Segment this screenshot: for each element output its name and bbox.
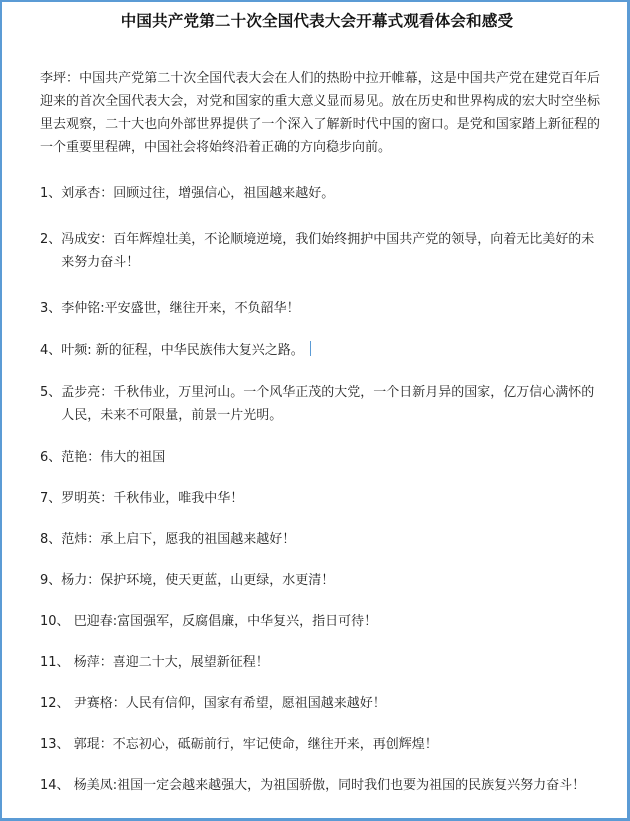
list-item-11: 11、 杨萍：喜迎二十大，展望新征程！	[40, 651, 600, 674]
item-text: 尹赛格：人民有信仰，国家有希望，愿祖国越来越好！	[74, 692, 600, 715]
item-number: 2、	[40, 228, 61, 274]
intro-paragraph: 李坪：中国共产党第二十次全国代表大会在人们的热盼中拉开帷幕，这是中国共产党在建党…	[40, 67, 600, 159]
list-item-13: 13、 郭琨：不忘初心，砥砺前行，牢记使命，继往开来，再创辉煌！	[40, 733, 600, 756]
item-text-wrap: 叶频: 新的征程，中华民族伟大复兴之路。	[61, 339, 600, 362]
item-number: 4、	[40, 339, 61, 362]
item-number: 3、	[40, 297, 61, 320]
list-item-6: 6、 范艳：伟大的祖国	[40, 446, 600, 469]
item-number: 5、	[40, 381, 61, 427]
list-item-3: 3、 李仲铭:平安盛世，继往开来，不负韶华！	[40, 297, 600, 320]
list-item-2: 2、 冯成安：百年辉煌壮美，不论顺境逆境，我们始终拥护中国共产党的领导，向着无比…	[40, 228, 600, 274]
list-item-5: 5、 孟步亮：千秋伟业，万里河山。一个风华正茂的大党，一个日新月异的国家，亿万信…	[40, 381, 600, 427]
item-text: 郭琨：不忘初心，砥砺前行，牢记使命，继往开来，再创辉煌！	[74, 733, 600, 756]
list-item-7: 7、 罗明英：千秋伟业，唯我中华！	[40, 487, 600, 510]
text-cursor	[310, 341, 311, 356]
item-text: 孟步亮：千秋伟业，万里河山。一个风华正茂的大党，一个日新月异的国家，亿万信心满怀…	[61, 381, 600, 427]
item-number: 6、	[40, 446, 61, 469]
item-text: 巴迎春:富国强军，反腐倡廉，中华复兴，指日可待！	[74, 610, 600, 633]
item-number: 9、	[40, 569, 61, 592]
document-body[interactable]: 李坪：中国共产党第二十次全国代表大会在人们的热盼中拉开帷幕，这是中国共产党在建党…	[40, 67, 600, 797]
list-item-9: 9、 杨力：保护环境，使天更蓝，山更绿，水更清！	[40, 569, 600, 592]
item-number: 1、	[40, 182, 61, 205]
item-number: 8、	[40, 528, 61, 551]
list-item-12: 12、 尹赛格：人民有信仰，国家有希望，愿祖国越来越好！	[40, 692, 600, 715]
item-number: 14、	[40, 774, 74, 797]
list-item-14: 14、 杨美凤:祖国一定会越来越强大，为祖国骄傲，同时我们也要为祖国的民族复兴努…	[40, 774, 600, 797]
item-text: 范艳：伟大的祖国	[61, 446, 600, 469]
list-item-8: 8、 范炜：承上启下，愿我的祖国越来越好！	[40, 528, 600, 551]
item-text: 李仲铭:平安盛世，继往开来，不负韶华！	[61, 297, 600, 320]
document-title: 中国共产党第二十次全国代表大会开幕式观看体会和感受	[2, 9, 630, 31]
item-number: 11、	[40, 651, 74, 674]
document-frame: 中国共产党第二十次全国代表大会开幕式观看体会和感受 李坪：中国共产党第二十次全国…	[0, 0, 630, 821]
item-number: 7、	[40, 487, 61, 510]
item-text: 叶频: 新的征程，中华民族伟大复兴之路。	[61, 343, 304, 358]
item-text: 罗明英：千秋伟业，唯我中华！	[61, 487, 600, 510]
item-text: 刘承杏：回顾过往，增强信心，祖国越来越好。	[61, 182, 600, 205]
list-item-4: 4、 叶频: 新的征程，中华民族伟大复兴之路。	[40, 339, 600, 362]
item-text: 冯成安：百年辉煌壮美，不论顺境逆境，我们始终拥护中国共产党的领导，向着无比美好的…	[61, 228, 600, 274]
item-text: 杨萍：喜迎二十大，展望新征程！	[74, 651, 600, 674]
item-number: 12、	[40, 692, 74, 715]
item-text: 杨美凤:祖国一定会越来越强大，为祖国骄傲，同时我们也要为祖国的民族复兴努力奋斗！	[74, 774, 600, 797]
list-item-10: 10、 巴迎春:富国强军，反腐倡廉，中华复兴，指日可待！	[40, 610, 600, 633]
item-number: 10、	[40, 610, 74, 633]
item-text: 杨力：保护环境，使天更蓝，山更绿，水更清！	[61, 569, 600, 592]
item-text: 范炜：承上启下，愿我的祖国越来越好！	[61, 528, 600, 551]
item-number: 13、	[40, 733, 74, 756]
list-item-1: 1、 刘承杏：回顾过往，增强信心，祖国越来越好。	[40, 182, 600, 205]
